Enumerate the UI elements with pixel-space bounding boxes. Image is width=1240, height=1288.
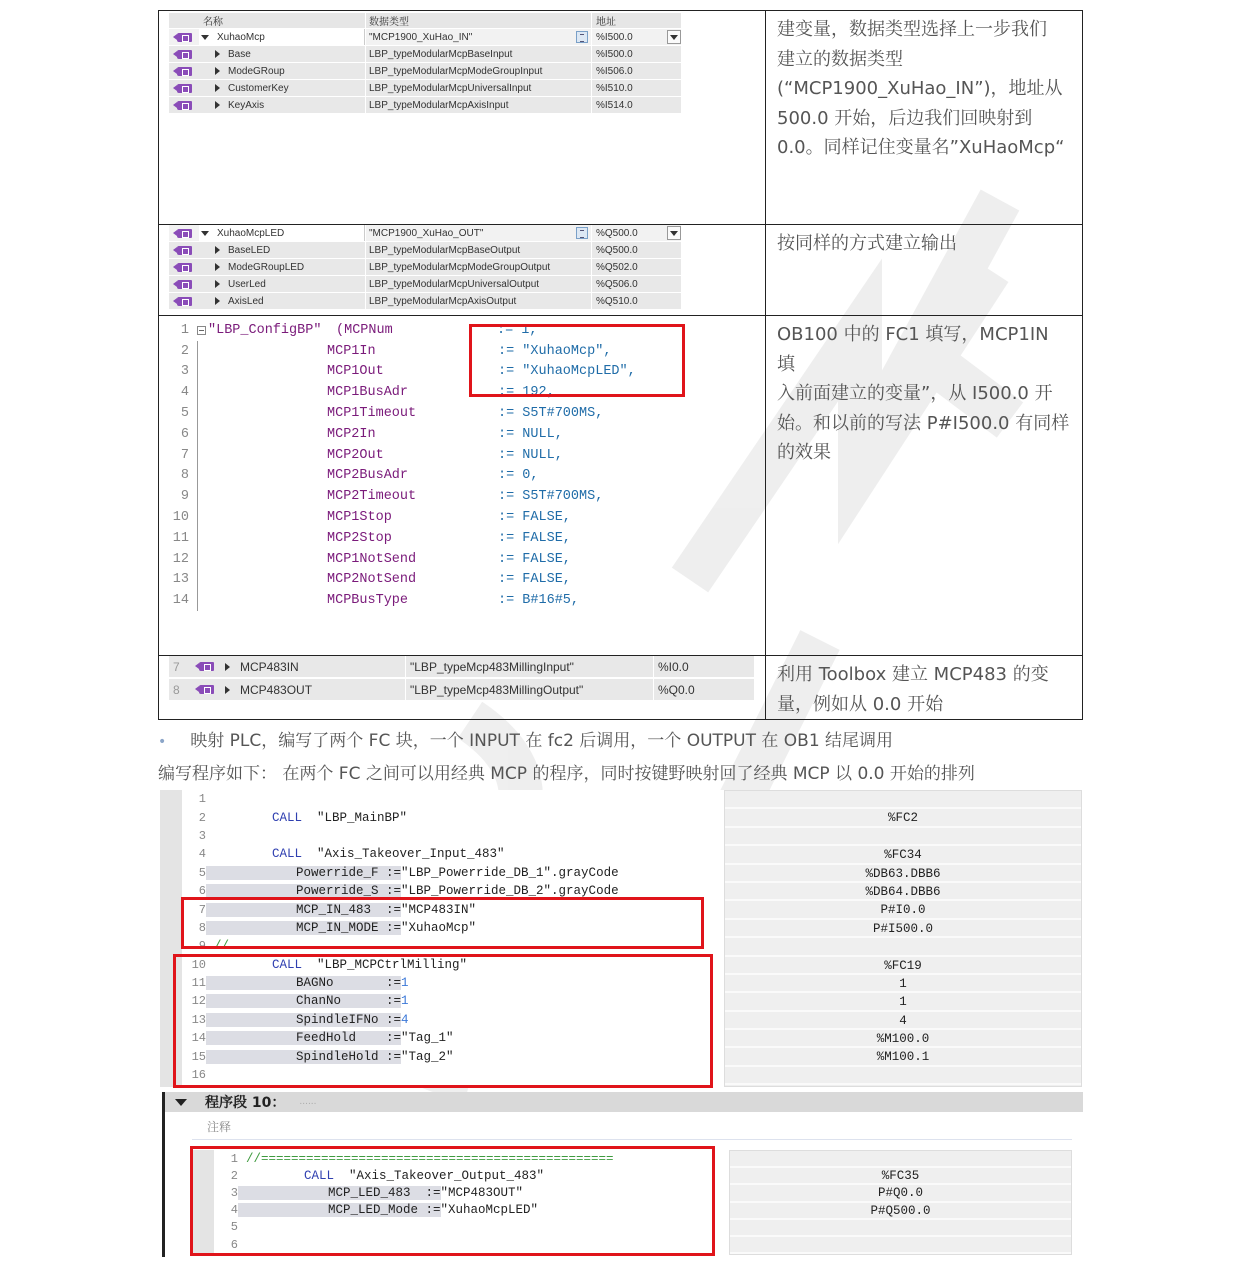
code-line[interactable]: 11MCP2Stop:= FALSE,	[169, 528, 636, 549]
code-line[interactable]: 9MCP2Timeout:= S5T#700MS,	[169, 486, 636, 507]
tag-name: MCP483OUT	[240, 683, 312, 697]
collapse-icon[interactable]	[201, 231, 209, 236]
code-line[interactable]: 6MCP2In:= NULL,	[169, 424, 636, 445]
address-cell	[730, 1237, 1071, 1254]
expand-icon[interactable]	[215, 101, 220, 109]
tag-table-header: 名称 数据类型 地址	[169, 13, 681, 29]
network-title: 程序段 10：	[205, 1092, 285, 1112]
tag-type: LBP_typeModularMcpUniversalOutput	[369, 279, 539, 290]
tag-name: MCP483IN	[240, 660, 299, 674]
tag-name-cell: MCP483OUT	[225, 683, 405, 697]
table-row: 7MCP483IN"LBP_typeMcp483MillingInput"%I0…	[159, 656, 1082, 719]
highlight-box	[173, 954, 713, 1088]
line-number: 3	[169, 364, 193, 379]
header-address: 地址	[591, 13, 681, 28]
address-cell: P#Q0.0	[730, 1185, 1071, 1202]
code-line[interactable]: 7MCP2Out:= NULL,	[169, 445, 636, 466]
param-name: MCP2BusAdr	[205, 468, 498, 483]
tag-address: %Q506.0	[596, 279, 638, 290]
bullet-text: 映射 PLC，编写了两个 FC 块，一个 INPUT 在 fc2 后调用，一个 …	[190, 731, 893, 751]
address-cell: %M100.1	[725, 1048, 1081, 1066]
call-target: "LBP_MainBP"	[302, 811, 407, 825]
gutter-line	[197, 590, 205, 611]
header-type: 数据类型	[365, 13, 591, 28]
tag-struct-icon	[177, 101, 192, 110]
tag-type[interactable]: "MCP1900_XuHao_OUT"	[369, 228, 483, 239]
code-line[interactable]: 8MCP2BusAdr:= 0,	[169, 466, 636, 487]
tag-name: BaseLED	[228, 245, 270, 256]
param-value: := FALSE,	[498, 572, 571, 587]
tag-row[interactable]: ModeGRoupLED LBP_typeModularMcpModeGroup…	[169, 259, 681, 276]
tag-name: Base	[228, 49, 251, 60]
expand-icon[interactable]	[225, 686, 230, 694]
tag-address: %Q510.0	[596, 296, 638, 307]
collapse-icon[interactable]	[201, 35, 209, 40]
param-value: "LBP_Powerride_DB_1".grayCode	[401, 866, 619, 880]
expand-icon[interactable]	[215, 246, 220, 254]
param-name: MCP2In	[205, 427, 498, 442]
address-column: %FC2%FC34%DB63.DBB6%DB64.DBB6P#I0.0P#I50…	[724, 790, 1082, 1087]
header-name: 名称	[199, 13, 365, 28]
tag-icon-cell	[199, 662, 225, 671]
input-tag-table: 名称 数据类型 地址 XuhaoMcp "MCP1900_XuHao_IN" %…	[169, 13, 681, 114]
tag-name: AxisLed	[228, 296, 264, 307]
address-cell	[730, 1220, 1071, 1237]
tag-row[interactable]: AxisLed LBP_typeModularMcpAxisOutput %Q5…	[169, 293, 681, 310]
row-description: 建变量，数据类型选择上一步我们 建立的数据类型 (“MCP1900_XuHao_…	[766, 11, 1082, 224]
code-line[interactable]: 13MCP2NotSend:= FALSE,	[169, 570, 636, 591]
param-name: MCP1Out	[205, 364, 498, 379]
line-number: 7	[169, 448, 193, 463]
tag-row[interactable]: KeyAxis LBP_typeModularMcpAxisInput %I51…	[169, 97, 681, 114]
code-line[interactable]: 10MCP1Stop:= FALSE,	[169, 507, 636, 528]
code-line[interactable]: 5MCP1Timeout:= S5T#700MS,	[169, 403, 636, 424]
param-name: MCPBusType	[205, 593, 498, 608]
tag-type: LBP_typeModularMcpUniversalInput	[369, 83, 531, 94]
tag-address: %Q0.0	[653, 679, 753, 700]
address-cell	[730, 1151, 1071, 1168]
network-title-placeholder[interactable]: ......	[299, 1097, 316, 1107]
param-name: MCP1NotSend	[205, 552, 498, 567]
address-cell	[725, 1067, 1081, 1085]
output-tag-table: XuhaoMcpLED "MCP1900_XuHao_OUT" %Q500.0 …	[169, 225, 681, 310]
line-number: 10	[169, 510, 193, 525]
tag-type: LBP_typeModularMcpModeGroupOutput	[369, 262, 550, 273]
description-line: 0.0。同样记住变量名”XuHaoMcp“	[777, 133, 1072, 163]
param-value: := FALSE,	[498, 510, 571, 525]
tag-row[interactable]: 7MCP483IN"LBP_typeMcp483MillingInput"%I0…	[169, 656, 754, 679]
expand-icon[interactable]	[215, 280, 220, 288]
gutter-line	[197, 382, 205, 403]
tag-address: %I514.0	[596, 100, 633, 111]
tag-type: LBP_typeModularMcpAxisInput	[369, 100, 509, 111]
address-column: %FC35P#Q0.0P#Q500.0	[729, 1150, 1072, 1255]
param-name: MCP2Out	[205, 448, 498, 463]
description-line: 的效果	[777, 438, 1072, 468]
highlight-box	[181, 897, 704, 949]
code-line[interactable]: 14MCPBusType:= B#16#5,	[169, 590, 636, 611]
address-cell: P#Q500.0	[730, 1203, 1071, 1220]
param-value: := S5T#700MS,	[498, 489, 603, 504]
tag-type: LBP_typeModularMcpBaseOutput	[369, 245, 520, 256]
tag-row-parent[interactable]: XuhaoMcpLED "MCP1900_XuHao_OUT" %Q500.0	[169, 225, 681, 242]
output-tags-screenshot: XuhaoMcpLED "MCP1900_XuHao_OUT" %Q500.0 …	[159, 225, 766, 315]
gutter-line	[197, 486, 205, 507]
param-value: := 0,	[498, 468, 539, 483]
address-cell: %FC34	[725, 846, 1081, 864]
tag-struct-icon	[177, 33, 192, 42]
param-name: MCP1Timeout	[205, 406, 498, 421]
description-line: 利用 Toolbox 建立 MCP483 的变	[777, 660, 1072, 690]
line-number: 5	[182, 866, 206, 880]
description-line: 始。和以前的写法 P#I500.0 有同样	[777, 409, 1072, 439]
expand-icon[interactable]	[215, 263, 220, 271]
gutter-line	[197, 549, 205, 570]
table-row: 1"LBP_ConfigBP"(MCPNum:= 1,2MCP1In:= "Xu…	[159, 316, 1082, 656]
param-name: MCP1In	[205, 344, 498, 359]
tag-struct-icon	[177, 297, 192, 306]
tag-struct-icon	[177, 67, 192, 76]
code-text: CALL "LBP_MainBP"	[206, 811, 407, 825]
dropdown-icon[interactable]	[667, 30, 681, 44]
line-number: 1	[169, 323, 193, 338]
code-line[interactable]: 12MCP1NotSend:= FALSE,	[169, 549, 636, 570]
mcp483-tag-table: 7MCP483IN"LBP_typeMcp483MillingInput"%I0…	[169, 656, 754, 702]
tag-address: %I0.0	[653, 656, 753, 677]
address-cell	[725, 938, 1081, 956]
tag-name: UserLed	[228, 279, 266, 290]
tag-row[interactable]: BaseLED LBP_typeModularMcpBaseOutput %Q5…	[169, 242, 681, 259]
address-cell: %M100.0	[725, 1030, 1081, 1048]
param-value: := S5T#700MS,	[498, 406, 603, 421]
description-line: (“MCP1900_XuHao_IN”)，地址从	[777, 74, 1072, 104]
gutter-line	[197, 507, 205, 528]
gutter-line	[197, 570, 205, 591]
tag-struct-icon	[199, 685, 214, 694]
line-number: 6	[169, 427, 193, 442]
row-description: 按同样的方式建立输出	[766, 225, 1082, 315]
description-line: 入前面建立的变量”，从 I500.0 开	[777, 379, 1072, 409]
address-cell: P#I0.0	[725, 901, 1081, 919]
address-cell: P#I500.0	[725, 920, 1081, 938]
expand-icon[interactable]	[215, 50, 220, 58]
address-cell: %DB64.DBB6	[725, 883, 1081, 901]
tag-struct-icon	[199, 662, 214, 671]
line-number: 14	[169, 593, 193, 608]
param-name: MCP1Stop	[205, 510, 498, 525]
tag-type[interactable]: "MCP1900_XuHao_IN"	[369, 32, 472, 43]
tag-row[interactable]: CustomerKey LBP_typeModularMcpUniversalI…	[169, 80, 681, 97]
intro-paragraph: 编写程序如下： 在两个 FC 之间可以用经典 MCP 的程序，同时按键野映射回了…	[158, 759, 975, 784]
expand-icon[interactable]	[215, 297, 220, 305]
tag-type: "LBP_typeMcp483MillingOutput"	[405, 679, 653, 700]
tag-address: %Q502.0	[596, 262, 638, 273]
input-tags-screenshot: 名称 数据类型 地址 XuhaoMcp "MCP1900_XuHao_IN" %…	[159, 11, 766, 224]
list-icon[interactable]	[576, 31, 588, 43]
table-row: 名称 数据类型 地址 XuhaoMcp "MCP1900_XuHao_IN" %…	[159, 11, 1082, 225]
expand-icon[interactable]	[215, 84, 220, 92]
collapse-icon[interactable]	[175, 1099, 187, 1106]
tag-struct-icon	[177, 229, 192, 238]
line-number: 1	[182, 792, 206, 806]
highlight-box	[469, 324, 685, 397]
tag-struct-icon	[177, 263, 192, 272]
line-number: 9	[169, 489, 193, 504]
highlight-box	[190, 1146, 715, 1256]
address-cell: 1	[725, 975, 1081, 993]
document-table: 名称 数据类型 地址 XuhaoMcp "MCP1900_XuHao_IN" %…	[158, 10, 1083, 720]
line-number: 5	[169, 406, 193, 421]
code-text: CALL "Axis_Takeover_Input_483"	[206, 847, 505, 861]
gutter-line	[197, 341, 205, 362]
code-text: Powerride_F :="LBP_Powerride_DB_1".grayC…	[206, 866, 619, 880]
call-target: "Axis_Takeover_Input_483"	[302, 847, 505, 861]
network-header[interactable]: 程序段 10： ......	[162, 1092, 1083, 1112]
divider	[192, 1139, 1072, 1140]
param-value: := NULL,	[498, 448, 563, 463]
description-line: 500.0 开始，后边我们回映射到	[777, 104, 1072, 134]
function-name: "LBP_ConfigBP"	[208, 323, 336, 338]
tag-address[interactable]: %Q500.0	[596, 228, 638, 239]
expand-icon[interactable]	[215, 67, 220, 75]
tag-name[interactable]: XuhaoMcpLED	[217, 228, 284, 239]
tag-row[interactable]: 8MCP483OUT"LBP_typeMcp483MillingOutput"%…	[169, 679, 754, 702]
scl-code-screenshot: 1"LBP_ConfigBP"(MCPNum:= 1,2MCP1In:= "Xu…	[159, 316, 766, 655]
tag-type: "LBP_typeMcp483MillingInput"	[405, 656, 653, 677]
address-cell: 4	[725, 1012, 1081, 1030]
address-cell: 1	[725, 993, 1081, 1011]
address-cell: %DB63.DBB6	[725, 865, 1081, 883]
param-value: := NULL,	[498, 427, 563, 442]
tag-name: ModeGRoup	[228, 66, 285, 77]
network-left-bar	[162, 1112, 165, 1257]
bullet-paragraph: •映射 PLC，编写了两个 FC 块，一个 INPUT 在 fc2 后调用，一个…	[158, 726, 893, 751]
tag-icon-cell	[199, 685, 225, 694]
expand-icon[interactable]	[225, 663, 230, 671]
tag-struct-icon	[177, 280, 192, 289]
tag-address: %I510.0	[596, 83, 633, 94]
gutter-line	[197, 466, 205, 487]
description-line: OB100 中的 FC1 填写，MCP1IN 填	[777, 320, 1072, 379]
gutter-line	[197, 403, 205, 424]
tag-struct-icon	[177, 84, 192, 93]
tag-type: LBP_typeModularMcpAxisOutput	[369, 296, 516, 307]
tag-address[interactable]: %I500.0	[596, 32, 633, 43]
address-cell: %FC2	[725, 809, 1081, 827]
address-cell	[725, 828, 1081, 846]
address-cell: %FC19	[725, 957, 1081, 975]
tag-name: KeyAxis	[228, 100, 264, 111]
table-row: XuhaoMcpLED "MCP1900_XuHao_OUT" %Q500.0 …	[159, 225, 1082, 316]
row-description: 利用 Toolbox 建立 MCP483 的变 量，例如从 0.0 开始	[766, 656, 1082, 719]
tag-address: %I500.0	[596, 49, 633, 60]
line-number: 12	[169, 552, 193, 567]
description-line: 量，例如从 0.0 开始	[777, 690, 1072, 720]
param-name: MCP2Stop	[205, 531, 498, 546]
line-number: 13	[169, 572, 193, 587]
tag-struct-icon	[177, 246, 192, 255]
tag-row[interactable]: Base LBP_typeModularMcpBaseInput %I500.0	[169, 46, 681, 63]
line-number: 3	[182, 829, 206, 843]
address-cell: %FC35	[730, 1168, 1071, 1185]
tag-name: ModeGRoupLED	[228, 262, 304, 273]
param-name: MCP1BusAdr	[205, 385, 498, 400]
gutter-line	[197, 528, 205, 549]
line-number: 8	[169, 468, 193, 483]
tag-row-parent[interactable]: XuhaoMcp "MCP1900_XuHao_IN" %I500.0	[169, 29, 681, 46]
line-number: 2	[169, 344, 193, 359]
keyword: CALL	[272, 811, 302, 825]
param-name: Powerride_F :=	[206, 866, 401, 880]
tag-address: %Q500.0	[596, 245, 638, 256]
description-line: 按同样的方式建立输出	[777, 229, 1072, 259]
fold-icon[interactable]	[197, 326, 206, 335]
tag-row[interactable]: ModeGRoup LBP_typeModularMcpModeGroupInp…	[169, 63, 681, 80]
network-comment[interactable]: 注释	[207, 1118, 231, 1135]
tag-struct-icon	[177, 50, 192, 59]
dropdown-icon[interactable]	[667, 226, 681, 240]
description-line: 建变量，数据类型选择上一步我们	[777, 15, 1072, 45]
keyword: CALL	[272, 847, 302, 861]
param-value: := FALSE,	[498, 531, 571, 546]
param-name: MCP2Timeout	[205, 489, 498, 504]
line-number: 11	[169, 531, 193, 546]
mcp483-tags-screenshot: 7MCP483IN"LBP_typeMcp483MillingInput"%I0…	[159, 656, 766, 719]
tag-name[interactable]: XuhaoMcp	[217, 32, 265, 43]
param-value: := B#16#5,	[498, 593, 579, 608]
tag-name-cell: MCP483IN	[225, 660, 405, 674]
line-number: 2	[182, 811, 206, 825]
line-number: 4	[182, 847, 206, 861]
list-icon[interactable]	[576, 227, 588, 239]
tag-type: LBP_typeModularMcpBaseInput	[369, 49, 512, 60]
gutter-line	[197, 424, 205, 445]
param-name: MCP2NotSend	[205, 572, 498, 587]
tag-address: %I506.0	[596, 66, 633, 77]
line-number: 4	[169, 385, 193, 400]
bullet-icon: •	[158, 734, 166, 750]
tag-type: LBP_typeModularMcpModeGroupInput	[369, 66, 542, 77]
address-cell	[725, 791, 1081, 809]
tag-name: CustomerKey	[228, 83, 289, 94]
gutter-line	[197, 362, 205, 383]
row-description: OB100 中的 FC1 填写，MCP1IN 填 入前面建立的变量”，从 I50…	[766, 316, 1082, 655]
tag-row[interactable]: UserLed LBP_typeModularMcpUniversalOutpu…	[169, 276, 681, 293]
param-value: := FALSE,	[498, 552, 571, 567]
gutter-line	[197, 445, 205, 466]
description-line: 建立的数据类型	[777, 45, 1072, 75]
